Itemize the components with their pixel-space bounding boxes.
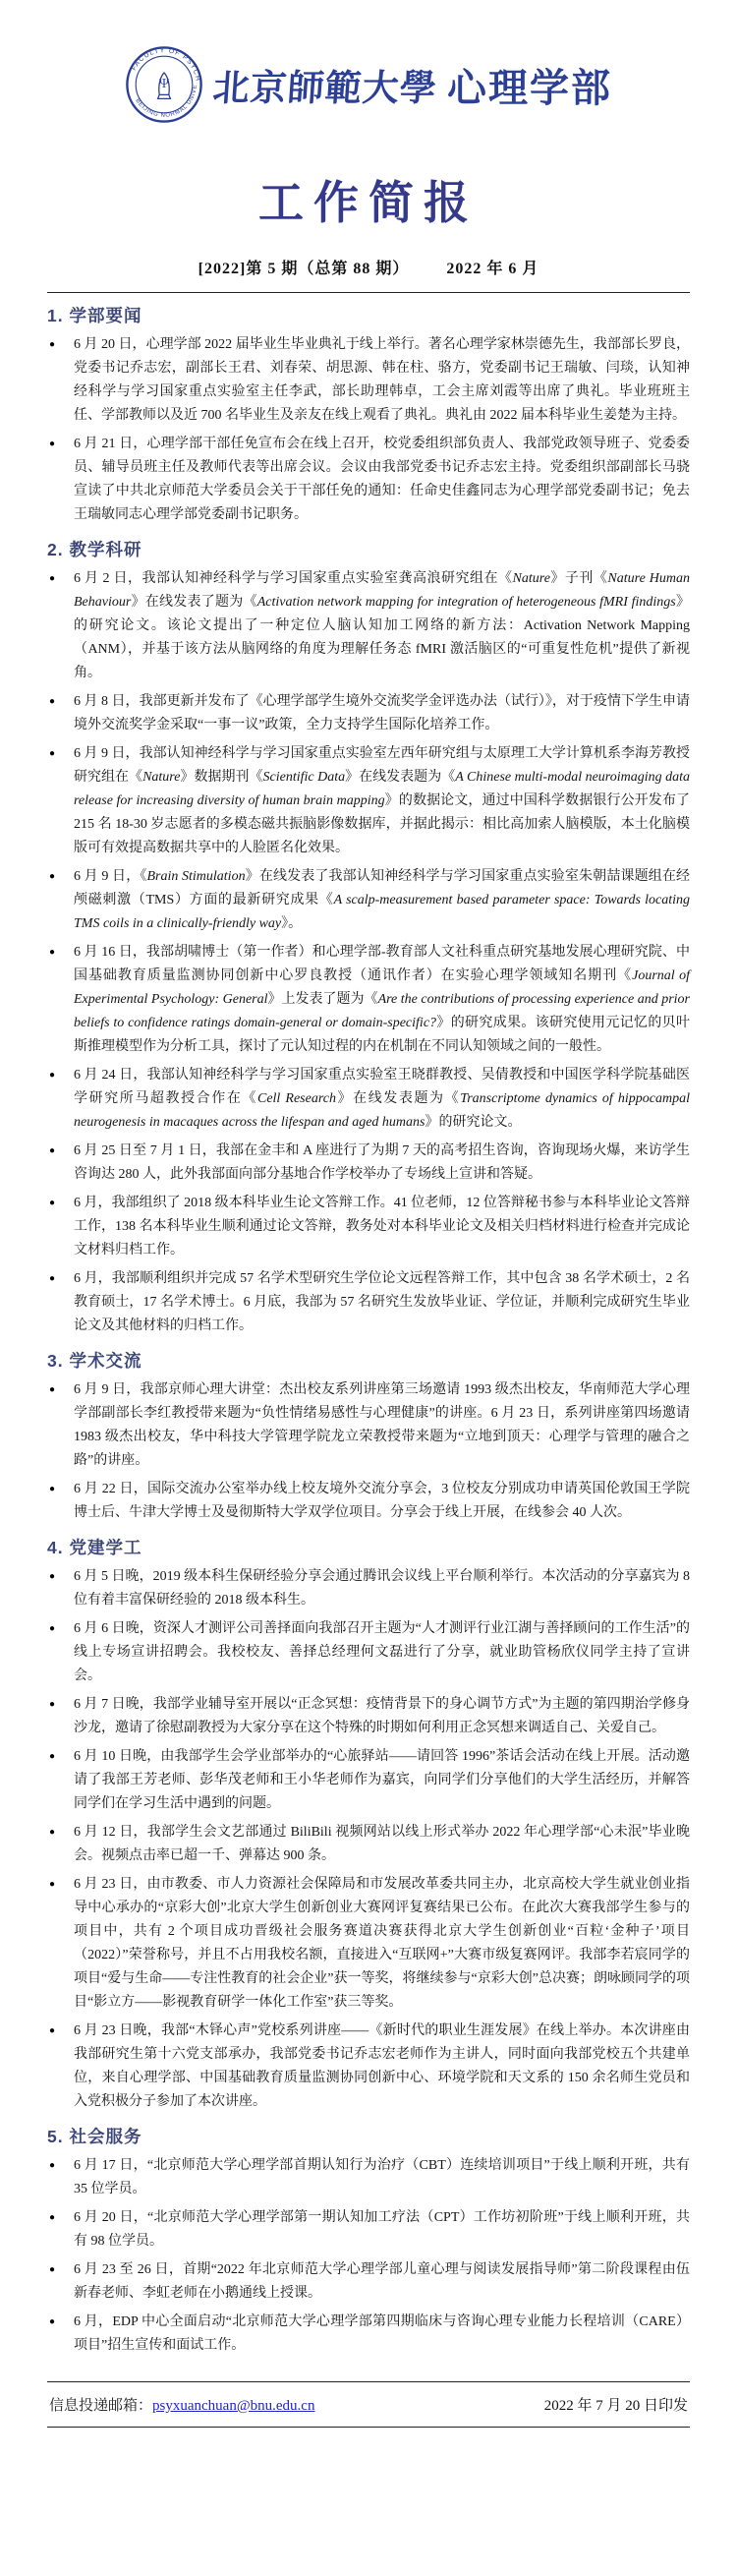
item-text: 》在线发表题为《 [345,770,455,785]
section-heading: 3. 学术交流 [47,1348,690,1373]
footer: 信息投递邮箱：psyxuanchuan@bnu.edu.cn 2022 年 7 … [47,2381,690,2428]
bullet-item: 6 月 10 日晚，由我部学生会学业部举办的“心旅驿站——请回答 1996”茶话… [47,1745,690,1816]
bullet-item: 6 月 24 日，我部认知神经科学与学习国家重点实验室王晓群教授、吴倩教授和中国… [47,1064,690,1135]
item-text: 6 月 23 日晚，我部“木铎心声”党校系列讲座——《新时代的职业生涯发展》在线… [74,2023,690,2109]
contact-email-link[interactable]: psyxuanchuan@bnu.edu.cn [152,2398,314,2414]
contact-line: 信息投递邮箱：psyxuanchuan@bnu.edu.cn [49,2394,314,2415]
bullet-item: 6 月 22 日，国际交流办公室举办线上校友境外交流分享会，3 位校友分别成功申… [47,1478,690,1525]
bullet-list: 6 月 20 日，心理学部 2022 届毕业生毕业典礼于线上举行。著名心理学家林… [47,333,690,527]
item-text: 6 月，EDP 中心全面启动“北京师范大学心理学部第四期临床与咨询心理专业能力长… [74,2314,690,2353]
header-divider [47,292,690,293]
contact-label: 信息投递邮箱： [49,2398,152,2414]
bullet-item: 6 月 23 日晚，我部“木铎心声”党校系列讲座——《新时代的职业生涯发展》在线… [47,2020,690,2114]
section-shehui-fuwu: 5. 社会服务6 月 17 日，“北京师范大学心理学部首期认知行为治疗（CBT）… [47,2124,690,2358]
bullet-list: 6 月 17 日，“北京师范大学心理学部首期认知行为治疗（CBT）连续培训项目”… [47,2154,690,2358]
bullet-item: 6 月 8 日，我部更新并发布了《心理学部学生境外交流奖学金评选办法（试行）》，… [47,690,690,737]
page-title: 工作简报 [47,167,690,232]
item-text: 》上发表了题为《 [268,992,378,1007]
bullet-item: 6 月 20 日，心理学部 2022 届毕业生毕业典礼于线上举行。著名心理学家林… [47,333,690,428]
bullet-item: 6 月 12 日，我部学生会文艺部通过 BiliBili 视频网站以线上形式举办… [47,1821,690,1868]
bulletin-page: FACULTY OF PSYCHOLOGY BEIJING NORMAL UNI… [0,0,737,2453]
item-text-emphasis: Nature [142,770,180,785]
bullet-item: 6 月 9 日，《Brain Stimulation》在线发表了我部认知神经科学… [47,865,690,936]
bullet-list: 6 月 9 日，我部京师心理大讲堂：杰出校友系列讲座第三场邀请 1993 级杰出… [47,1378,690,1525]
bullet-item: 6 月 23 至 26 日，首期“2022 年北京师范大学心理学部儿童心理与阅读… [47,2258,690,2306]
university-seal-icon: FACULTY OF PSYCHOLOGY BEIJING NORMAL UNI… [125,45,203,124]
item-text: 》。 [281,916,302,931]
item-text: 6 月 9 日，《 [74,869,146,884]
item-text: 6 月 6 日晚，资深人才测评公司善择面向我部召开主题为“人才测评行业江湖与善择… [74,1621,690,1683]
seal-psi-glyph: Ψ [159,76,169,90]
item-text: 6 月，我部顺利组织并完成 57 名学术型研究生学位论文远程答辩工作，其中包含 … [74,1271,690,1333]
bullet-item: 6 月 21 日，心理学部干部任免宣布会在线上召开，校党委组织部负责人、我部党政… [47,433,690,527]
bullet-item: 6 月 17 日，“北京师范大学心理学部首期认知行为治疗（CBT）连续培训项目”… [47,2154,690,2201]
section-heading: 2. 教学科研 [47,537,690,561]
section-dangjian-xuegong: 4. 党建学工6 月 5 日晚，2019 级本科生保研经验分享会通过腾讯会议线上… [47,1535,690,2114]
item-text: 6 月 2 日，我部认知神经科学与学习国家重点实验室龚高浪研究组在《 [74,571,513,586]
item-text: 6 月 22 日，国际交流办公室举办线上校友境外交流分享会，3 位校友分别成功申… [74,1482,690,1520]
section-jiaoxue-keyan: 2. 教学科研6 月 2 日，我部认知神经科学与学习国家重点实验室龚高浪研究组在… [47,537,690,1338]
bullet-item: 6 月 23 日，由市教委、市人力资源社会保障局和市发展改革委共同主办，北京高校… [47,1873,690,2015]
bullet-list: 6 月 2 日，我部认知神经科学与学习国家重点实验室龚高浪研究组在《Nature… [47,567,690,1338]
bullet-item: 6 月，我部组织了 2018 级本科毕业生论文答辩工作。41 位老师，12 位答… [47,1192,690,1262]
section-heading: 5. 社会服务 [47,2124,690,2148]
item-text: 6 月 21 日，心理学部干部任免宣布会在线上召开，校党委组织部负责人、我部党政… [74,437,690,522]
bullet-item: 6 月 9 日，我部认知神经科学与学习国家重点实验室左西年研究组与太原理工大学计… [47,742,690,860]
item-text: 6 月 20 日，心理学部 2022 届毕业生毕业典礼于线上举行。著名心理学家林… [74,337,690,423]
item-text: 6 月 12 日，我部学生会文艺部通过 BiliBili 视频网站以线上形式举办… [74,1825,690,1863]
item-text: 6 月 9 日，我部京师心理大讲堂：杰出校友系列讲座第三场邀请 1993 级杰出… [74,1382,690,1468]
section-heading: 1. 学部要闻 [47,303,690,327]
item-text: 6 月 10 日晚，由我部学生会学业部举办的“心旅驿站——请回答 1996”茶话… [74,1749,690,1811]
masthead: FACULTY OF PSYCHOLOGY BEIJING NORMAL UNI… [47,0,690,124]
item-text: 6 月 16 日，我部胡啸博士（第一作者）和心理学部-教育部人文社科重点研究基地… [74,945,690,983]
university-name: 北京師範大學 [211,58,439,111]
item-text: 6 月 23 至 26 日，首期“2022 年北京师范大学心理学部儿童心理与阅读… [74,2262,690,2301]
footer-bottom-divider [47,2427,690,2428]
section-heading: 4. 党建学工 [47,1535,690,1559]
bullet-item: 6 月 6 日晚，资深人才测评公司善择面向我部召开主题为“人才测评行业江湖与善择… [47,1617,690,1688]
section-xuebu-yaowen: 1. 学部要闻6 月 20 日，心理学部 2022 届毕业生毕业典礼于线上举行。… [47,303,690,527]
bullet-item: 6 月 20 日，“北京师范大学心理学部第一期认知加工疗法（CPT）工作坊初阶班… [47,2206,690,2254]
item-text: 》在线发表了题为《 [131,595,256,610]
bullet-item: 6 月 25 日至 7 月 1 日，我部在金丰和 A 座进行了为期 7 天的高考… [47,1140,690,1187]
bullet-item: 6 月，EDP 中心全面启动“北京师范大学心理学部第四期临床与咨询心理专业能力长… [47,2311,690,2358]
issue-number: [2022]第 5 期（总第 88 期） [198,261,410,277]
item-text: 6 月，我部组织了 2018 级本科毕业生论文答辩工作。41 位老师，12 位答… [74,1196,690,1258]
item-text: 》数据期刊《 [180,770,262,785]
item-text: 》子刊《 [550,571,608,586]
item-text-emphasis: Scientific Data [263,770,346,785]
issue-line: [2022]第 5 期（总第 88 期）2022 年 6 月 [47,256,690,278]
print-date: 2022 年 7 月 20 日印发 [544,2394,688,2415]
item-text-emphasis: Nature [513,571,550,586]
bullet-item: 6 月 5 日晚，2019 级本科生保研经验分享会通过腾讯会议线上平台顺利举行。… [47,1565,690,1612]
bullet-item: 6 月 7 日晚，我部学业辅导室开展以“正念冥想：疫情背景下的身心调节方式”为主… [47,1693,690,1740]
issue-date: 2022 年 6 月 [446,261,539,277]
department-name: 心理学部 [447,57,612,113]
item-text: 》在线发表题为《 [336,1091,460,1106]
bullet-item: 6 月 9 日，我部京师心理大讲堂：杰出校友系列讲座第三场邀请 1993 级杰出… [47,1378,690,1473]
bullet-item: 6 月 16 日，我部胡啸博士（第一作者）和心理学部-教育部人文社科重点研究基地… [47,941,690,1059]
item-text: 6 月 5 日晚，2019 级本科生保研经验分享会通过腾讯会议线上平台顺利举行。… [74,1569,690,1608]
section-xueshu-jiaoliu: 3. 学术交流6 月 9 日，我部京师心理大讲堂：杰出校友系列讲座第三场邀请 1… [47,1348,690,1525]
item-text: 6 月 8 日，我部更新并发布了《心理学部学生境外交流奖学金评选办法（试行）》，… [74,694,690,732]
bullet-item: 6 月 2 日，我部认知神经科学与学习国家重点实验室龚高浪研究组在《Nature… [47,567,690,685]
item-text: 6 月 23 日，由市教委、市人力资源社会保障局和市发展改革委共同主办，北京高校… [74,1877,690,2010]
item-text-emphasis: Activation network mapping for integrati… [257,595,676,610]
bullet-item: 6 月，我部顺利组织并完成 57 名学术型研究生学位论文远程答辩工作，其中包含 … [47,1267,690,1338]
item-text-emphasis: Cell Research [257,1091,336,1106]
item-text: 》的研究论文。 [425,1115,521,1130]
item-text: 6 月 7 日晚，我部学业辅导室开展以“正念冥想：疫情背景下的身心调节方式”为主… [74,1697,690,1735]
item-text: 6 月 25 日至 7 月 1 日，我部在金丰和 A 座进行了为期 7 天的高考… [74,1143,690,1182]
bullet-list: 6 月 5 日晚，2019 级本科生保研经验分享会通过腾讯会议线上平台顺利举行。… [47,1565,690,2114]
item-text: 6 月 20 日，“北京师范大学心理学部第一期认知加工疗法（CPT）工作坊初阶班… [74,2210,690,2249]
sections-container: 1. 学部要闻6 月 20 日，心理学部 2022 届毕业生毕业典礼于线上举行。… [47,303,690,2358]
item-text: 6 月 17 日，“北京师范大学心理学部首期认知行为治疗（CBT）连续培训项目”… [74,2158,690,2196]
item-text-emphasis: Brain Stimulation [146,869,245,884]
